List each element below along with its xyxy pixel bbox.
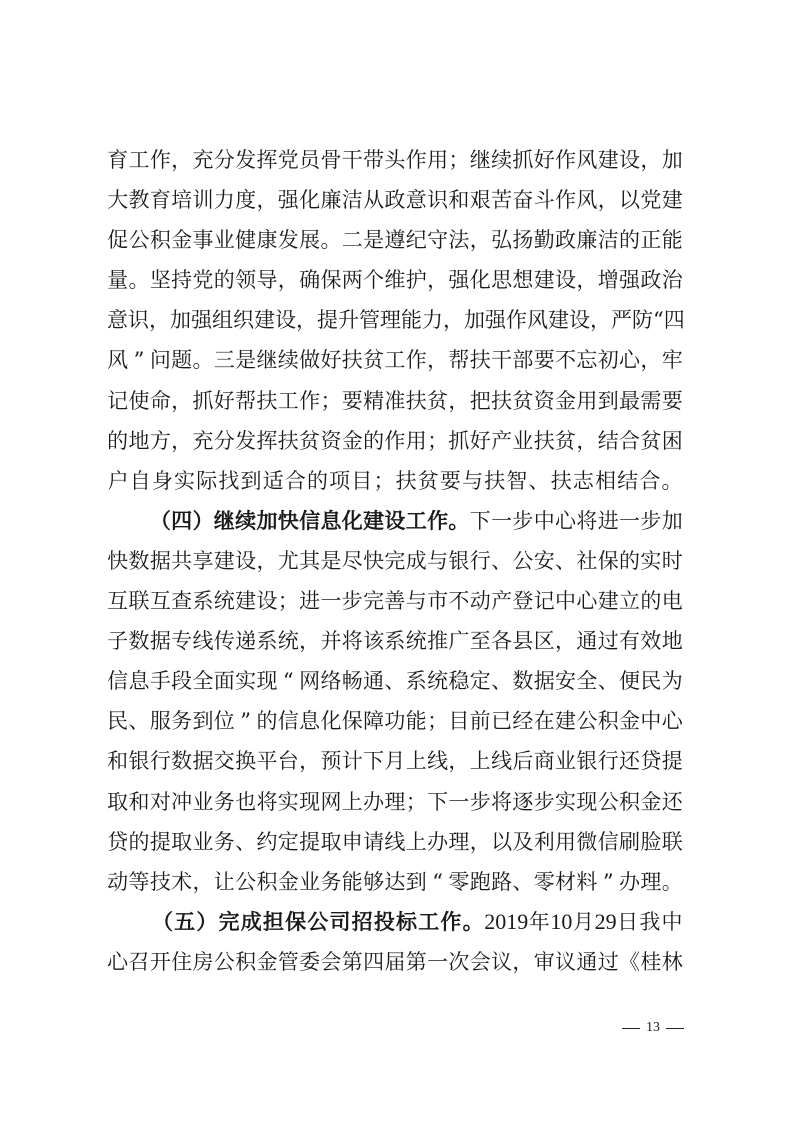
paragraph-line: 互联互查系统建设；进一步完善与市不动产登记中心建立的电	[107, 581, 683, 621]
page-number: 13	[646, 1020, 660, 1036]
paragraph-line: 大教育培训力度，强化廉洁从政意识和艰苦奋斗作风，以党建	[107, 180, 683, 220]
paragraph-line: 心召开住房公积金管委会第四届第一次会议，审议通过《桂林	[107, 942, 683, 982]
paragraph-line: 风”问题。三是继续做好扶贫工作，帮扶干部要不忘初心，牢	[107, 340, 683, 380]
paragraph-line: 意识，加强组织建设，提升管理能力，加强作风建设，严防“四	[107, 300, 683, 340]
paragraph-line: 量。坚持党的领导，确保两个维护，强化思想建设，增强政治	[107, 260, 683, 300]
paragraph-line: 的地方，充分发挥扶贫资金的作用；抓好产业扶贫，结合贫困	[107, 421, 683, 461]
paragraph-line: 民、服务到位”的信息化保障功能；目前已经在建公积金中心	[107, 701, 683, 741]
page-number-dash-right	[666, 1028, 684, 1029]
paragraph-line: 记使命，抓好帮扶工作；要精准扶贫，把扶贫资金用到最需要	[107, 381, 683, 421]
paragraph-line: 快数据共享建设，尤其是尽快完成与银行、公安、社保的实时	[107, 541, 683, 581]
paragraph-line: 户自身实际找到适合的项目；扶贫要与扶智、扶志相结合。	[107, 461, 683, 501]
page-number-dash-left	[622, 1028, 640, 1029]
paragraph-line: 和银行数据交换平台，预计下月上线，上线后商业银行还贷提	[107, 741, 683, 781]
paragraph-line: 动等技术，让公积金业务能够达到“零跑路、零材料”办理。	[107, 862, 683, 902]
section-heading-line: （五）完成担保公司招投标工作。2019年10月29日我中	[107, 902, 683, 942]
paragraph-line: 促公积金事业健康发展。二是遵纪守法，弘扬勤政廉洁的正能	[107, 220, 683, 260]
paragraph-line: 贷的提取业务、约定提取申请线上办理，以及利用微信刷脸联	[107, 822, 683, 862]
paragraph-line: 子数据专线传递系统，并将该系统推广至各县区，通过有效地	[107, 621, 683, 661]
document-page: 育工作，充分发挥党员骨干带头作用；继续抓好作风建设，加大教育培训力度，强化廉洁从…	[0, 0, 793, 1122]
section-heading-line: （四）继续加快信息化建设工作。下一步中心将进一步加	[107, 501, 683, 541]
paragraph-line: 信息手段全面实现“网络畅通、系统稳定、数据安全、便民为	[107, 661, 683, 701]
page-number-footer: 13	[622, 1018, 684, 1038]
body-text: 育工作，充分发挥党员骨干带头作用；继续抓好作风建设，加大教育培训力度，强化廉洁从…	[107, 140, 683, 982]
paragraph-line: 育工作，充分发挥党员骨干带头作用；继续抓好作风建设，加	[107, 140, 683, 180]
paragraph-line: 取和对冲业务也将实现网上办理；下一步将逐步实现公积金还	[107, 782, 683, 822]
